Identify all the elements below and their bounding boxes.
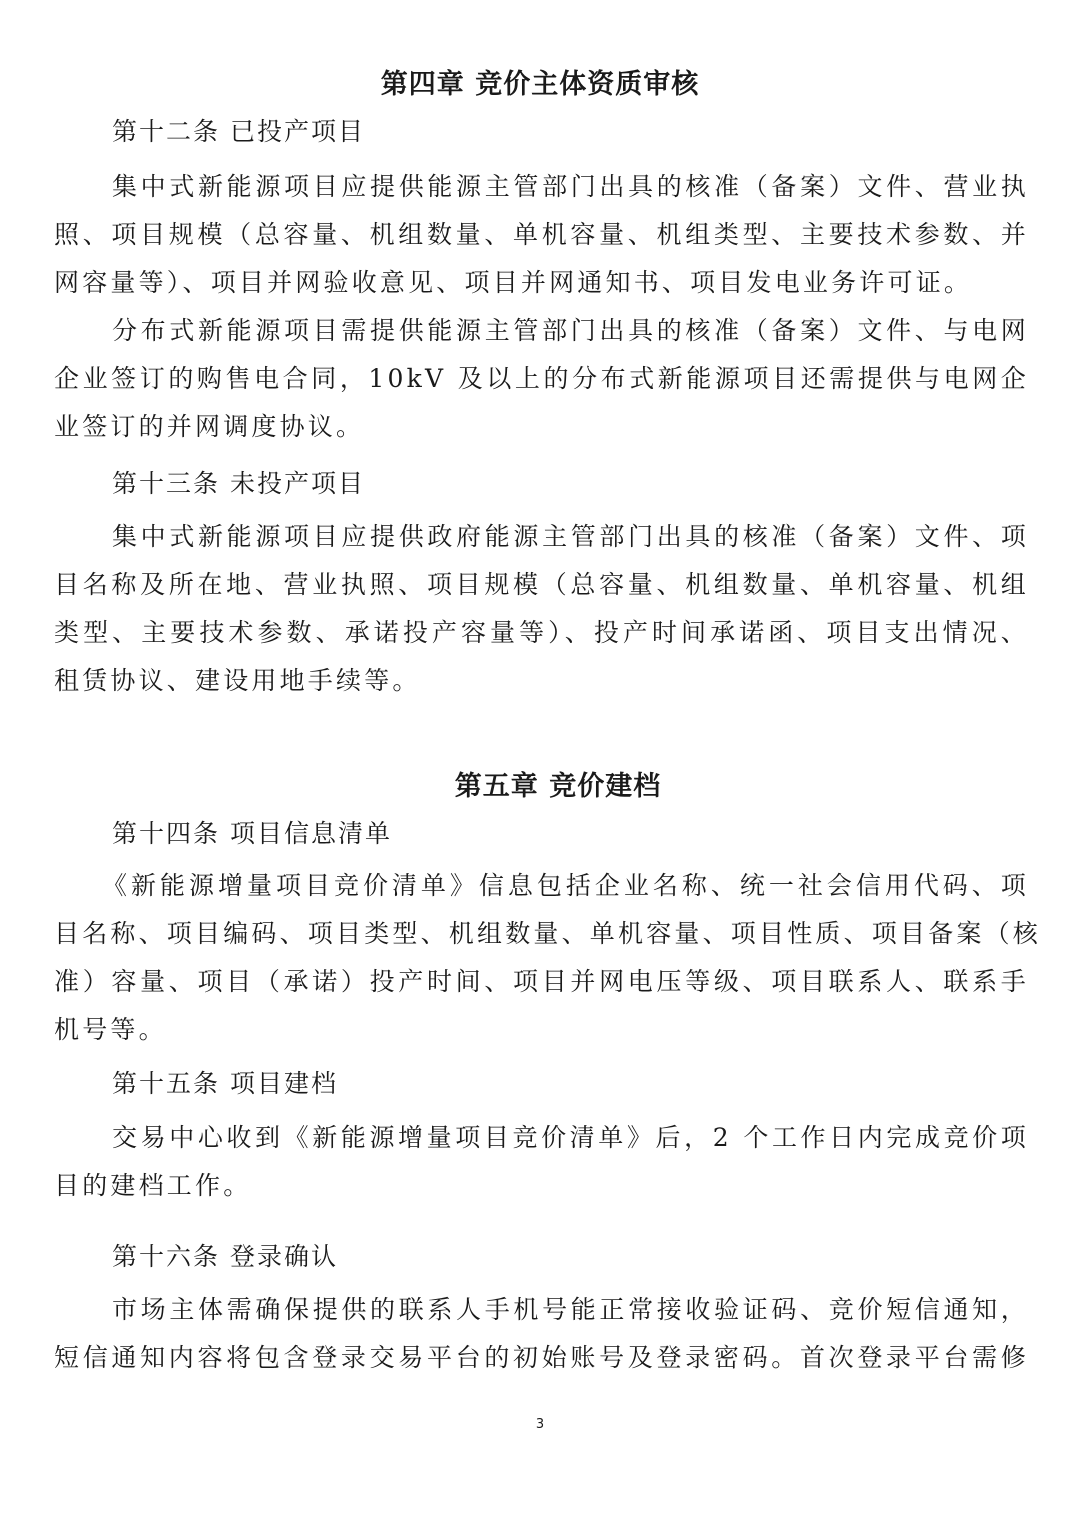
document-page: 第四章 竞价主体资质审核 第十二条 已投产项目 集中式新能源项目应提供能源主管部… xyxy=(0,0,1080,1527)
text-line: 类型、主要技术参数、承诺投产容量等）、投产时间承诺函、项目支出情况、 xyxy=(54,609,1029,657)
text-line: 市场主体需确保提供的联系人手机号能正常接收验证码、竞价短信通知， xyxy=(54,1286,1029,1334)
text-line: 交易中心收到《新能源增量项目竞价清单》后，2 个工作日内完成竞价项 xyxy=(54,1114,1029,1162)
text-line: 目的建档工作。 xyxy=(54,1162,1029,1210)
text-line: 照、项目规模（总容量、机组数量、单机容量、机组类型、主要技术参数、并 xyxy=(54,211,1029,259)
article-12-paragraph-2: 分布式新能源项目需提供能源主管部门出具的核准（备案）文件、与电网 企业签订的购售… xyxy=(54,307,1029,451)
chapter-5-title: 第五章 竞价建档 xyxy=(0,764,1080,803)
text-line: 《新能源增量项目竞价清单》信息包括企业名称、统一社会信用代码、项 xyxy=(54,862,1029,910)
chapter-4-title: 第四章 竞价主体资质审核 xyxy=(0,62,1080,101)
article-12-heading: 第十二条 已投产项目 xyxy=(112,112,365,148)
article-15-paragraph-1: 交易中心收到《新能源增量项目竞价清单》后，2 个工作日内完成竞价项 目的建档工作… xyxy=(54,1114,1029,1210)
article-14-paragraph-1: 《新能源增量项目竞价清单》信息包括企业名称、统一社会信用代码、项 目名称、项目编… xyxy=(54,862,1029,1054)
article-15-heading: 第十五条 项目建档 xyxy=(112,1064,338,1100)
text-line: 租赁协议、建设用地手续等。 xyxy=(54,657,1029,705)
article-12-paragraph-1: 集中式新能源项目应提供能源主管部门出具的核准（备案）文件、营业执 照、项目规模（… xyxy=(54,163,1029,307)
article-13-paragraph-1: 集中式新能源项目应提供政府能源主管部门出具的核准（备案）文件、项 目名称及所在地… xyxy=(54,513,1029,705)
text-line: 企业签订的购售电合同，10kV 及以上的分布式新能源项目还需提供与电网企 xyxy=(54,355,1029,403)
text-line: 分布式新能源项目需提供能源主管部门出具的核准（备案）文件、与电网 xyxy=(54,307,1029,355)
text-line: 集中式新能源项目应提供能源主管部门出具的核准（备案）文件、营业执 xyxy=(54,163,1029,211)
text-line: 目名称、项目编码、项目类型、机组数量、单机容量、项目性质、项目备案（核 xyxy=(54,910,1029,958)
text-line: 业签订的并网调度协议。 xyxy=(54,403,1029,451)
text-line: 准）容量、项目（承诺）投产时间、项目并网电压等级、项目联系人、联系手 xyxy=(54,958,1029,1006)
text-line: 目名称及所在地、营业执照、项目规模（总容量、机组数量、单机容量、机组 xyxy=(54,561,1029,609)
article-16-paragraph-1: 市场主体需确保提供的联系人手机号能正常接收验证码、竞价短信通知， 短信通知内容将… xyxy=(54,1286,1029,1382)
page-number: 3 xyxy=(0,1417,1080,1432)
article-13-heading: 第十三条 未投产项目 xyxy=(112,464,365,500)
article-16-heading: 第十六条 登录确认 xyxy=(112,1237,338,1273)
text-line: 机号等。 xyxy=(54,1006,1029,1054)
text-line: 短信通知内容将包含登录交易平台的初始账号及登录密码。首次登录平台需修 xyxy=(54,1334,1029,1382)
text-line: 集中式新能源项目应提供政府能源主管部门出具的核准（备案）文件、项 xyxy=(54,513,1029,561)
article-14-heading: 第十四条 项目信息清单 xyxy=(112,814,392,850)
text-line: 网容量等）、项目并网验收意见、项目并网通知书、项目发电业务许可证。 xyxy=(54,259,1029,307)
